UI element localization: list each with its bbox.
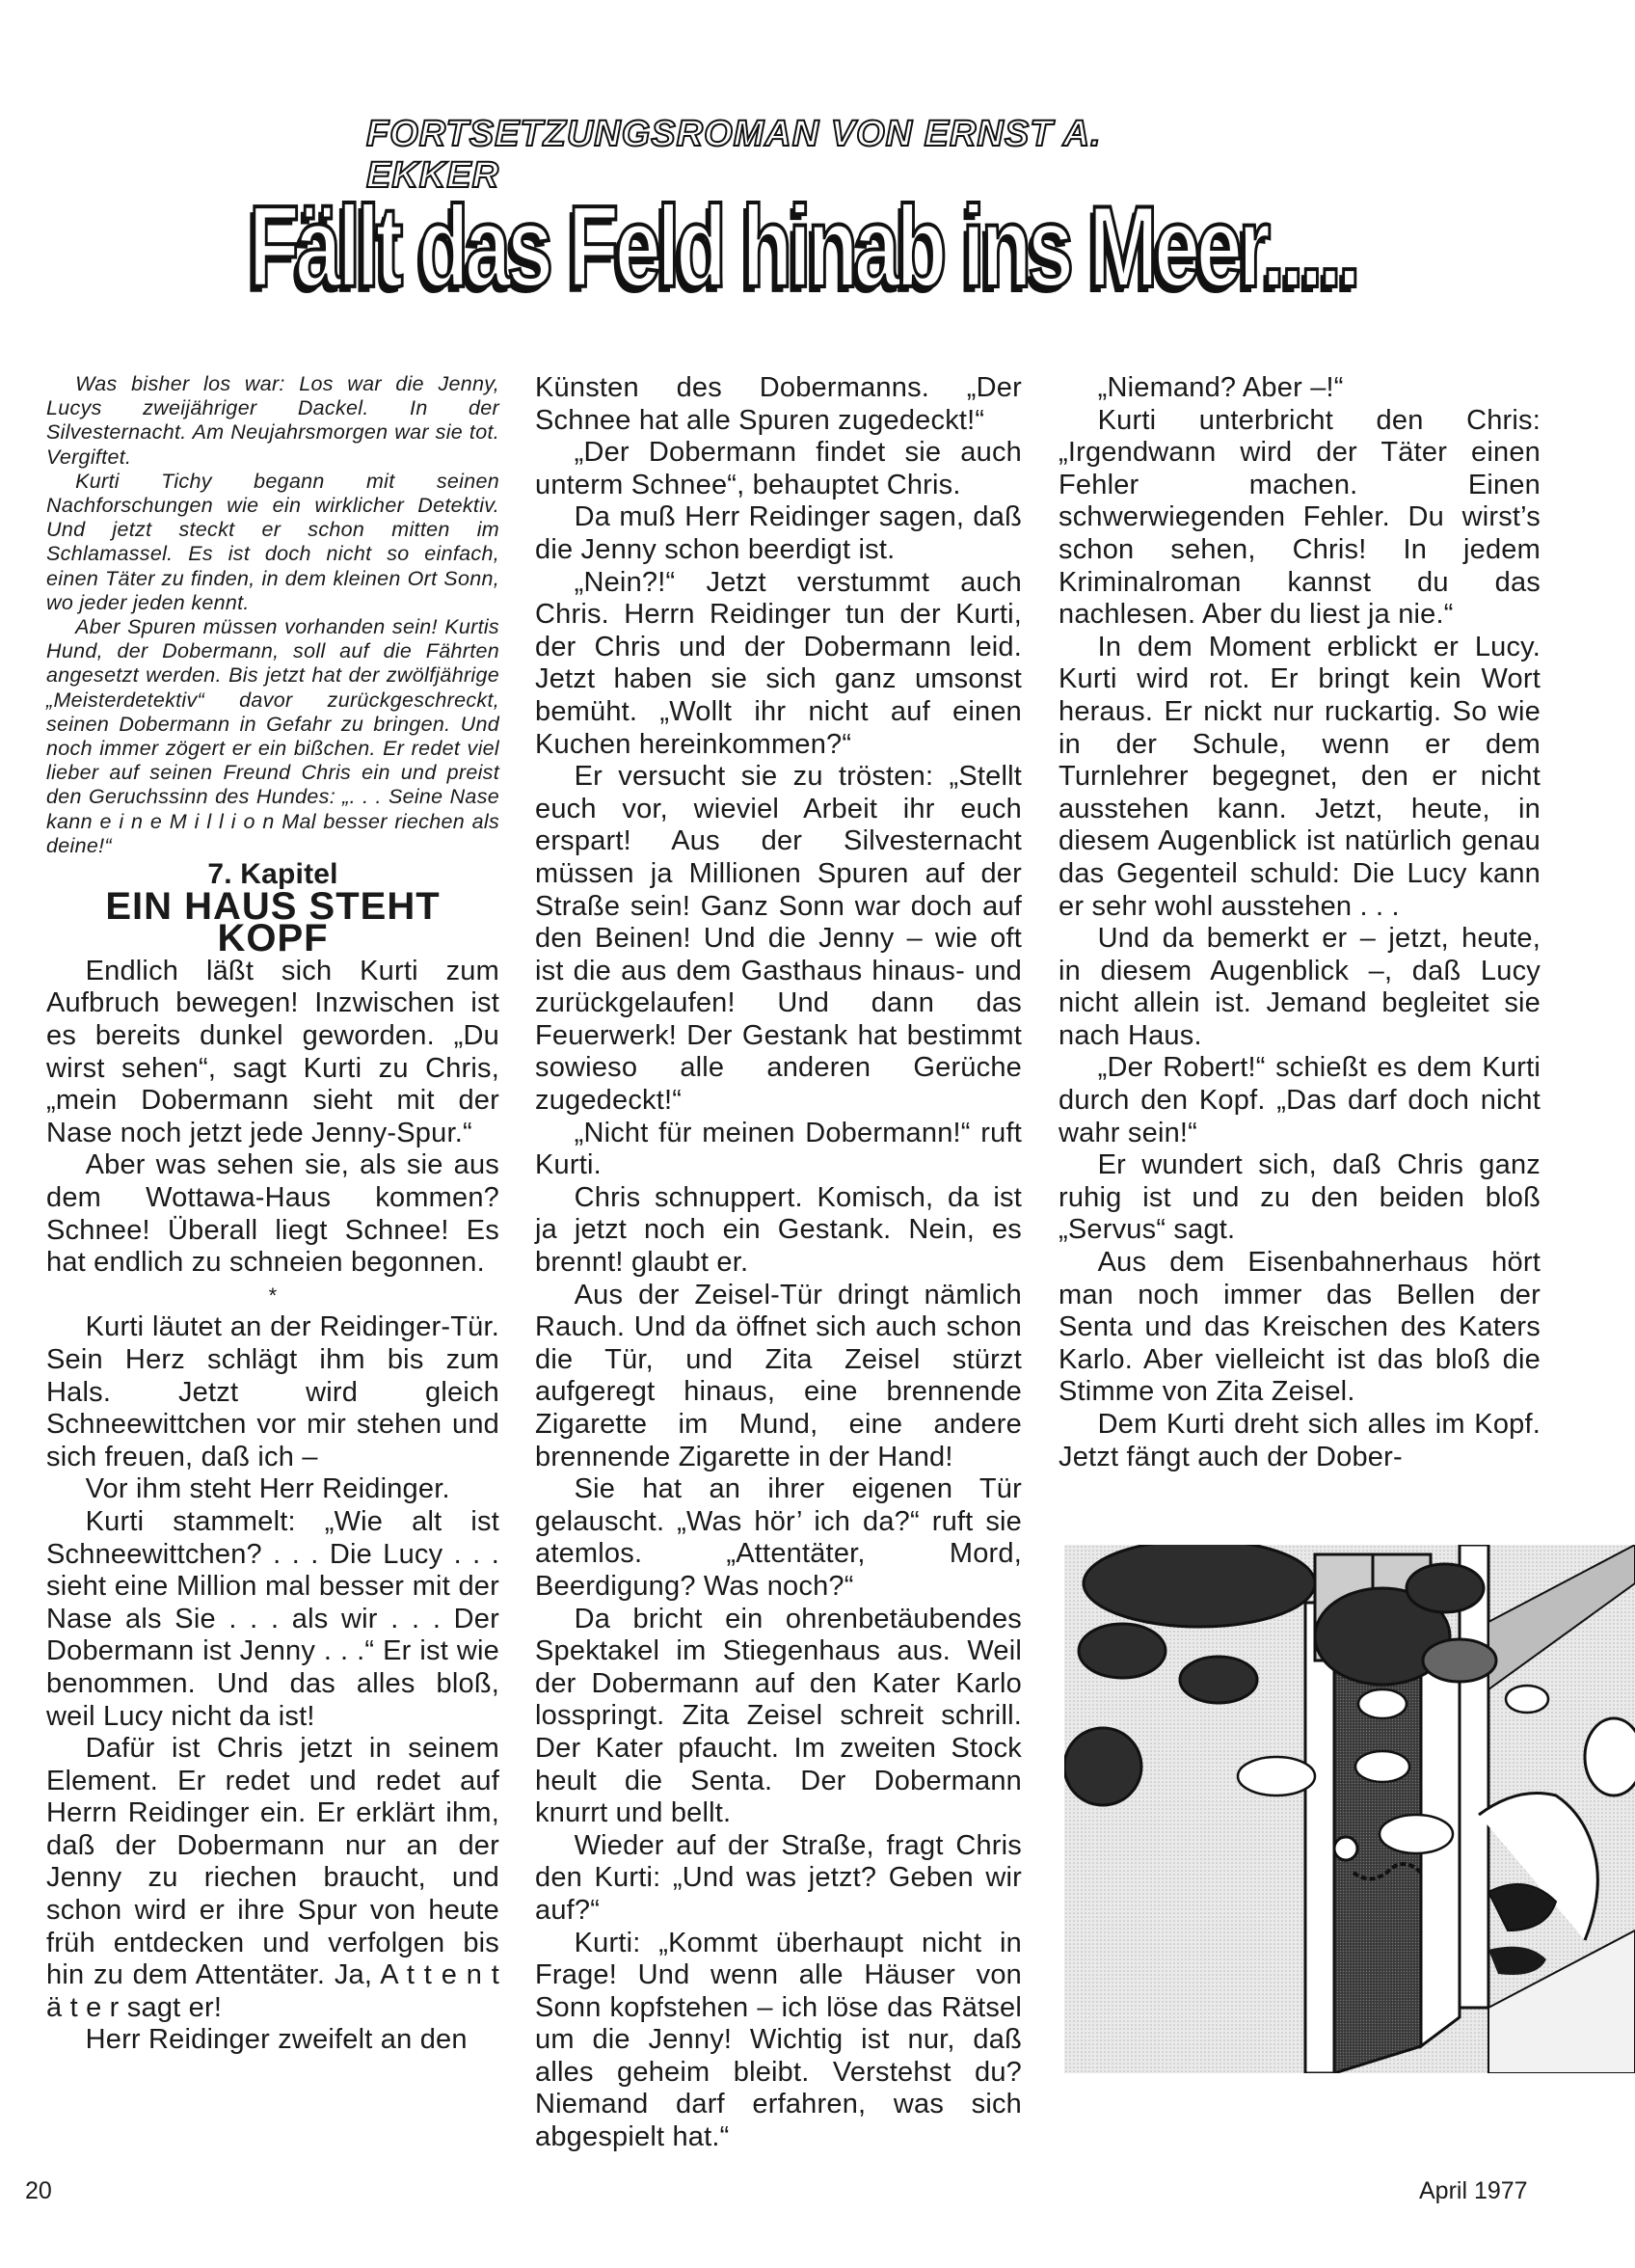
chapter-title: EIN HAUS STEHT KOPF <box>46 891 499 956</box>
section-separator: * <box>46 1280 499 1312</box>
body-paragraph: Da bricht ein ohrenbetäubendes Spektakel… <box>535 1604 1022 1830</box>
body-paragraph: Aus dem Eisenbahnerhaus hört man noch im… <box>1059 1247 1541 1409</box>
body-paragraph: „Der Dobermann findet sie auch unterm Sc… <box>535 437 1022 501</box>
body-paragraph: „Nicht für meinen Dobermann!“ ruft Kurti… <box>535 1118 1022 1182</box>
body-paragraph: Kurti läutet an der Reidinger-Tür. Sein … <box>46 1311 499 1473</box>
page-number: 20 <box>25 2177 52 2205</box>
body-paragraph: Aber was sehen sie, als sie aus dem Wott… <box>46 1149 499 1279</box>
body-paragraph: Sie hat an ihrer eigenen Tür gelauscht. … <box>535 1473 1022 1603</box>
body-paragraph: „Der Robert!“ schießt es dem Kurti durch… <box>1059 1052 1541 1149</box>
body-paragraph: In dem Moment erblickt er Lucy. Kurti wi… <box>1059 632 1541 923</box>
body-paragraph: Kurti: „Kommt überhaupt nicht in Frage! … <box>535 1928 1022 2154</box>
body-paragraph: Er versucht sie zu trösten: „Stellt euch… <box>535 761 1022 1118</box>
summary-paragraph: Kurti Tichy begann mit seinen Nachforsch… <box>46 470 499 615</box>
body-paragraph: Vor ihm steht Herr Reidinger. <box>46 1473 499 1506</box>
story-title: Fällt das Feld hinab ins Meer..... <box>249 189 1082 305</box>
body-paragraph: Er wundert sich, daß Chris ganz ruhig is… <box>1059 1149 1541 1247</box>
body-paragraph: Wieder auf der Straße, fragt Chris den K… <box>535 1830 1022 1928</box>
body-paragraph: Dafür ist Chris jetzt in seinem Element.… <box>46 1733 499 2024</box>
column-3: „Niemand? Aber –!“ Kurti unterbricht den… <box>1059 372 1541 1473</box>
smoke-door-dog-drawing <box>1064 1545 1635 2073</box>
issue-date: April 1977 <box>1419 2177 1528 2205</box>
body-paragraph: Kurti stammelt: „Wie alt ist Schneewittc… <box>46 1506 499 1733</box>
body-paragraph: Kurti unterbricht den Chris: „Irgendwann… <box>1059 405 1541 632</box>
body-paragraph: Da muß Herr Reidinger sagen, daß die Jen… <box>535 501 1022 566</box>
body-paragraph: Herr Reidinger zweifelt an den <box>46 2024 499 2057</box>
body-paragraph: Und da bemerkt er – jetzt, heute, in die… <box>1059 923 1541 1052</box>
summary-paragraph: Aber Spuren müssen vorhanden sein! Kurti… <box>46 615 499 858</box>
column-1: Was bisher los war: Los war die Jenny, L… <box>46 372 499 2057</box>
column-2: Künsten des Dobermanns. „Der Schnee hat … <box>535 372 1022 2154</box>
body-paragraph: „Niemand? Aber –!“ <box>1059 372 1541 405</box>
body-paragraph: Chris schnuppert. Komisch, da ist ja jet… <box>535 1182 1022 1280</box>
body-paragraph: „Nein?!“ Jetzt verstummt auch Chris. Her… <box>535 567 1022 762</box>
body-paragraph: Aus der Zeisel-Tür dringt nämlich Rauch.… <box>535 1280 1022 1474</box>
previously-summary: Was bisher los war: Los war die Jenny, L… <box>46 372 499 858</box>
body-paragraph: Endlich läßt sich Kurti zum Aufbruch bew… <box>46 956 499 1150</box>
body-paragraph: Künsten des Dobermanns. „Der Schnee hat … <box>535 372 1022 437</box>
summary-paragraph: Was bisher los war: Los war die Jenny, L… <box>46 372 499 470</box>
body-paragraph: Dem Kurti dreht sich alles im Kopf. Jetz… <box>1059 1409 1541 1473</box>
cartoon-illustration <box>1064 1545 1635 2073</box>
